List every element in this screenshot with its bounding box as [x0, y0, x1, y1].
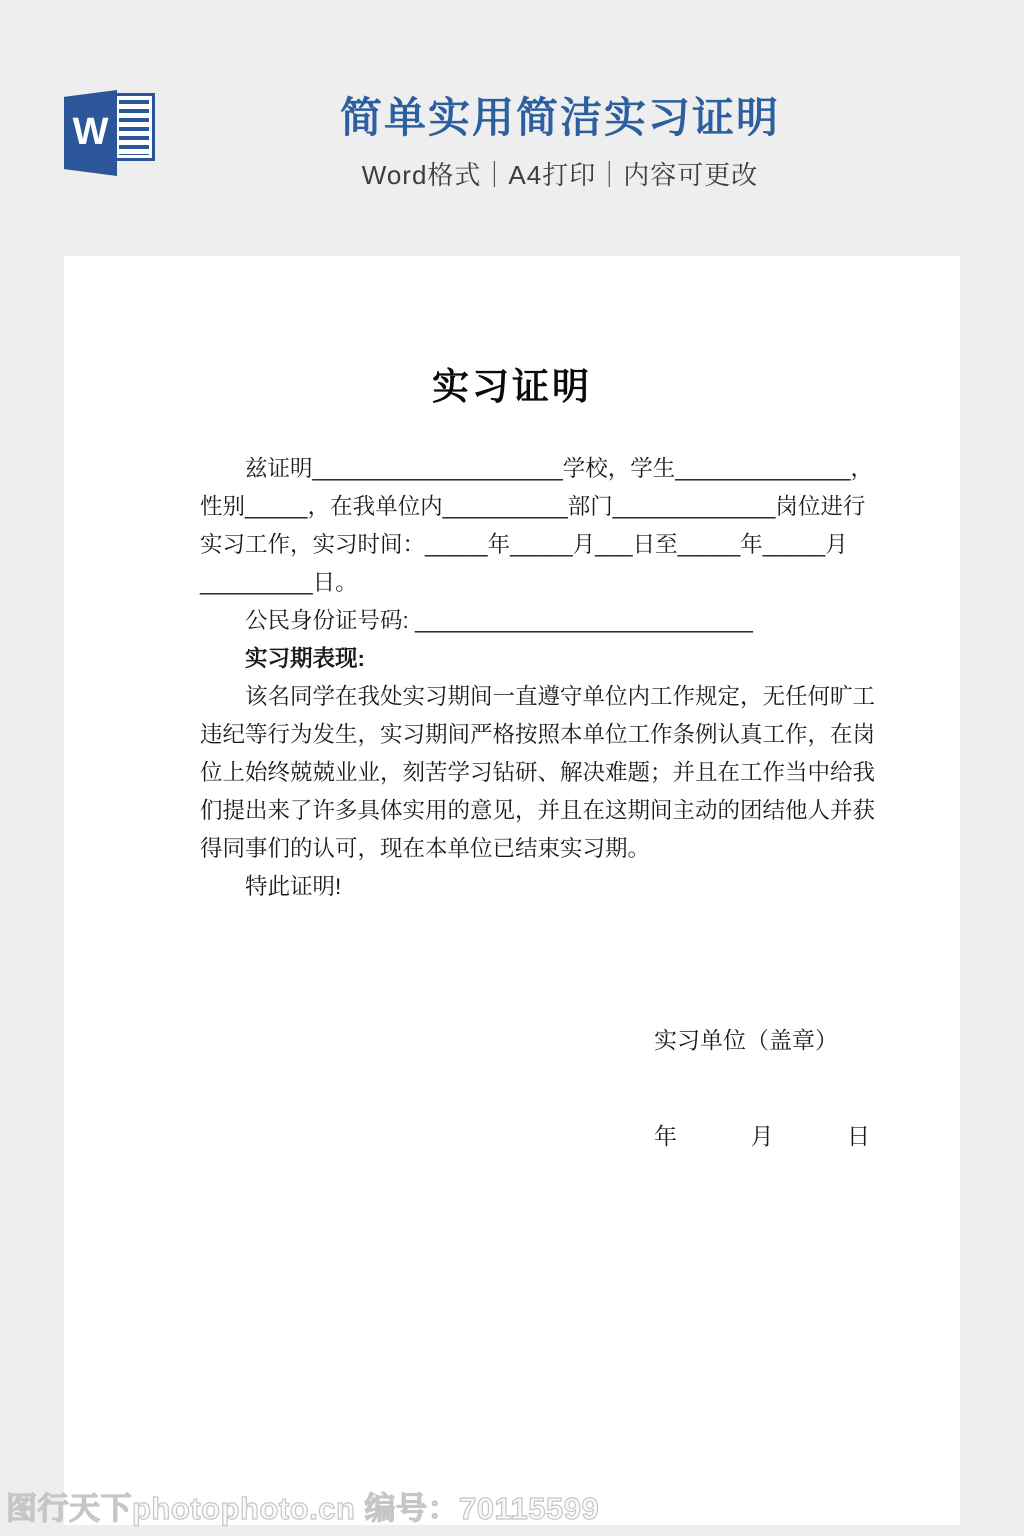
signature-seal-line: 实习单位（盖章） — [654, 1022, 838, 1055]
doc-line: 兹证明____________________学校，学生____________… — [200, 450, 836, 488]
word-icon: W — [64, 90, 160, 176]
date-day-label: 日 — [847, 1118, 870, 1151]
document-text-lines-icon — [119, 100, 149, 155]
template-header: W 简单实用简洁实习证明 Word格式｜A4打印｜内容可更改 — [0, 0, 1024, 256]
doc-line: 性别_____，在我单位内__________部门_____________岗位… — [200, 488, 836, 526]
header-text-block: 简单实用简洁实习证明 Word格式｜A4打印｜内容可更改 — [180, 94, 940, 192]
doc-line-performance-heading: 实习期表现: — [200, 640, 836, 678]
doc-line: 公民身份证号码: ___________________________ — [200, 602, 836, 640]
doc-line: 位上始终兢兢业业，刻苦学习钻研、解决难题；并且在工作当中给我 — [200, 754, 836, 792]
doc-line: _________日。 — [200, 564, 836, 602]
doc-line: 得同事们的认可，现在本单位已结束实习期。 — [200, 830, 836, 868]
word-cover-panel: W — [64, 90, 117, 176]
doc-line: 实习工作，实习时间：_____年_____月___日至_____年_____月 — [200, 526, 836, 564]
site-watermark: 图行天下photophoto.cn 编号：70115599 — [6, 1483, 599, 1528]
doc-line: 该名同学在我处实习期间一直遵守单位内工作规定，无任何旷工 — [200, 678, 836, 716]
doc-line: 们提出来了许多具体实用的意见，并且在这期间主动的团结他人并获 — [200, 792, 836, 830]
date-year-label: 年 — [654, 1118, 677, 1151]
template-subtitle: Word格式｜A4打印｜内容可更改 — [180, 155, 940, 192]
word-letter: W — [73, 113, 109, 151]
signature-date-line: 年 月 日 — [654, 1118, 870, 1151]
a4-document-page: 实习证明 兹证明____________________学校，学生_______… — [64, 256, 960, 1525]
template-title: 简单实用简洁实习证明 — [180, 94, 940, 142]
doc-line-certify: 特此证明! — [200, 868, 836, 906]
date-month-label: 月 — [751, 1118, 774, 1151]
doc-line: 违纪等行为发生，实习期间严格按照本单位工作条例认真工作，在岗 — [200, 716, 836, 754]
document-title: 实习证明 — [64, 368, 960, 405]
document-body: 兹证明____________________学校，学生____________… — [64, 450, 836, 906]
